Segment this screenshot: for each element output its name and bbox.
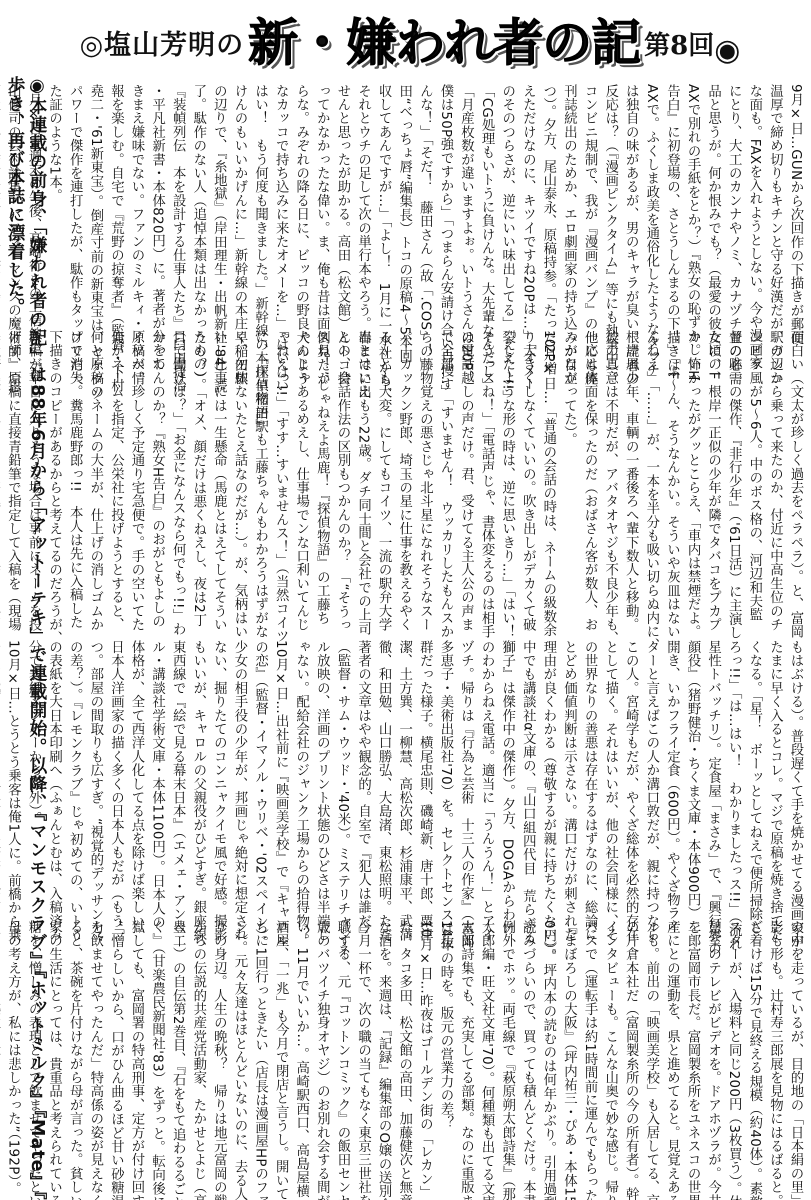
text-column: 潮社'85）。菅原文太、川本三郎、寺山の巻末対談が — [0, 84, 2, 316]
text-column: の差？）。『レモンクラブ』じゃ初めての、いトう — [64, 640, 85, 918]
text-column: きまえ嫌味でない。ファンのミルキィ・イソベ情 — [125, 84, 146, 316]
text-column: ル放映の、洋画のプリント状態のひどさは半端じ — [311, 640, 332, 918]
text-column: けで消失。糞馬鹿野郎っ!! 本人は先に入稿した — [64, 330, 85, 612]
text-tier-3: もはぶける）。普段遅くて手を焼かせてる漫画家が、たまに早く入るとコレ。マジで原稿… — [45, 640, 805, 918]
text-column: ゃない。配給会社のジャンク工場からの拾得物？ — [290, 640, 311, 918]
text-column: た証のような1本。 — [43, 84, 64, 316]
text-column: パワーで傑作を連打したが、駄作もタップリだっ — [64, 84, 85, 316]
text-column: 憩室のテレビがビデオを。ドアホヅラが。今井清 — [702, 920, 723, 1195]
text-column: インタビューも。こんな山奥で妙な感じ。帰りの — [599, 920, 620, 1195]
text-column: AXで。ふくしま政美を通俗化したようなタッチ — [640, 84, 661, 316]
text-column: 分で表紙メンバーから除外）。 — [22, 640, 43, 918]
text-column: ルも。前出の「映画美学校」も入居してる、京橋 — [640, 920, 661, 1195]
text-column: もいいが、キャロルの父親役がひどすぎ。銀座線、 — [187, 640, 208, 918]
text-column: 駅の辺から乗って来たのか、付近に中高生位のチ — [764, 330, 785, 612]
text-column: AXで別れの手紙をとか？）『熟女の恥ずかしいH — [681, 84, 702, 316]
text-column: んねえ」「……」が、一本を半分も吸い切らぬ内に、 — [640, 330, 661, 612]
text-column: 職する、元『コットンコミック』の飯田センセ（43 — [331, 920, 352, 1195]
title-prefix: ◎塩山芳明の — [80, 23, 245, 62]
text-column: た頃の、根岸一正似の少年が隣でタバコをプカプ — [702, 330, 723, 612]
episode-number: 第8回 — [644, 25, 714, 62]
text-column: た、タコ多田、松文館の高田、加藤健次と無意味 — [393, 920, 414, 1195]
text-column: 目で働けば？」「お金になんスなら何でもっ!!」わ — [167, 330, 188, 612]
text-column: 出とはいえもう22歳。ダチ同士間と会社での上司 — [352, 330, 373, 612]
text-column: パーカックン野郎、埼玉の星に仕事を教えるやく — [393, 330, 414, 612]
text-column: なカッコで持ち込みに来たオメーを…」「はいはい — [270, 84, 291, 316]
text-column: 彼の真意は不明だが、アバタオヤジも不良少年も、 — [599, 330, 620, 612]
text-column: 酒屋、「一兆」も今月で閉店と言うし。開いてるう — [270, 920, 291, 1195]
text-column: 9月×日…週末の午後、高崎行きの上信線で『寺 — [22, 84, 43, 316]
text-column: の中を走っているが、目的地の「日本絹の里」は — [784, 920, 805, 1195]
text-column: ターと言えばこの人か溝口敦だが、親に持つなら — [640, 640, 661, 918]
text-column: ！」「ふ〜ん、そうなんかい。そういや灰皿はない — [661, 330, 682, 612]
text-column: 0円）。坪内本の読むのは何年かぶり。引用過剰で — [537, 920, 558, 1195]
text-column: らな。みぞれの降る日に、ビッコの野良犬のよう — [290, 84, 311, 316]
text-column: そうっスね！」「電話声じゃ、書体変えるのは相手 — [476, 330, 497, 612]
text-column: からの伝説的共産党活動家、たかせとよじ（高瀬 — [187, 920, 208, 1195]
text-column: ゃねえっ!!」「すす…すいませんス！」（当然コイツ — [270, 330, 291, 612]
text-tier-4: の中を走っているが、目的地の「日本絹の里」は影も形も。辻村寿三郎展を見物にはるば… — [45, 920, 805, 1195]
text-column: の人がしてくれるので、編集はネーム貼りの手間 — [0, 330, 2, 612]
text-column: いし仕事には一生懸命（馬鹿とはえてしてそうい — [208, 330, 229, 612]
text-column: 獅子』は傑作中の傑作）。夕方、DOGAからわけ — [496, 640, 517, 918]
text-column: 了。駄作のない人（追悼本類は出なかったの？） — [187, 84, 208, 316]
text-column: 例外でホッ。両毛線で『萩原朔太郎詩集』（那珂 — [496, 920, 517, 1195]
text-column: っかながってた）。 — [558, 330, 579, 612]
text-column: ら！」物覚えの悪さじゃ北斗星になれそうなスー — [414, 330, 435, 612]
text-column: けんのもいいかげんに…」新幹線の本庄早稲田駅 — [228, 84, 249, 316]
text-column: 督の唯一の傑作、『非行少年』（'61日活）に主演し — [723, 330, 744, 612]
text-column: 豊二）の自伝第2巻目、『石をもて追わるるごと — [167, 920, 188, 1195]
text-column: 潔、土方巽、一柳慧、高松次郎、杉浦康平、武満 — [393, 640, 414, 918]
text-column: 産にとの運動を、県と進めてると。見覚えあるビ — [661, 920, 682, 1195]
text-column: 裂したような形の時は、逆に思いきり…」「はい！ — [496, 330, 517, 612]
text-column: ると、茶碗を片付けながら母が言った。貧しい農 — [64, 920, 85, 1195]
text-column: のわからねえ電話。適当に「うんうん！」とアイ — [476, 640, 497, 918]
text-column: 理由が良くわかる（尊敬するが親に持ちたくない）。 — [537, 640, 558, 918]
text-column: 少女の相手役の少年が、邦画じゃ絶対に想定され — [228, 640, 249, 918]
text-column: 原稿が、珍しく予定通り宅急便で。手の空いてた — [125, 330, 146, 612]
text-column: は独自の味があるが、男のキャラが臭い。読者の — [620, 84, 641, 316]
text-column: 「月産枚数が違いますよぉ。いトうさんは20P、 — [455, 84, 476, 316]
text-tier-2: 面白い（文太が珍しく過去をペラペラ）。と、富岡駅の辺から乗って来たのか、付近に中… — [45, 330, 805, 612]
text-column: りの身辺。人生の晩秋？ 帰りは地元富岡の戦前 — [208, 920, 229, 1195]
text-column: 読みづらいので、買っても積んどくだけ。本書は — [517, 920, 538, 1195]
text-column: の世界なりの善悪は存在するはずなのに、総論に — [578, 640, 599, 918]
text-column: えただけなのに、キツイですね20Pは…」「オメー — [517, 84, 538, 316]
text-column: 多恵子・美術出版社'70）を。セレクトセンスは抜 — [434, 640, 455, 918]
text-column: 母の考え方が、私には悲しかった”（192P）。 — [2, 920, 23, 1195]
text-column: スターが、入場料と同じ200円（3枚買う）。休 — [723, 920, 744, 1195]
text-column: の表紙を大日本印刷へ（ふぁんとむは、入稿済み — [43, 640, 64, 918]
text-column: 収してあんですが…」「よし！ 1月に一水社から、 — [373, 84, 394, 316]
text-column: せんと思ったが助かる。高田（松文館）んトコ持 — [331, 84, 352, 316]
text-column: 14年の時を。版元の営業力の差？ — [434, 920, 455, 1195]
text-column: それとウチの足して次の単行本やろう。春までに出 — [352, 84, 373, 316]
text-column: とどめ価値判断は示さない。溝口だけが刺された — [558, 640, 579, 918]
text-column: カ。怖かったがグッとこらえ、「車内は禁煙だよ。 — [681, 330, 702, 612]
text-column: バスで（運転手は約1時間前に運んでもらった人）、 — [578, 920, 599, 1195]
text-column: 体格が、全て西洋人化してる点を除けば楽しい。 — [125, 640, 146, 918]
text-column: 太郎編・旺文社文庫'70）。何種類も出てる文庫の朔 — [476, 920, 497, 1195]
text-column: 星性トバッチリ）。定食屋「まさみ」で、『興行界の — [702, 640, 723, 918]
text-column: った関越バスはもう30分近く、住宅が点在する畑 — [0, 640, 2, 918]
text-column: 何と原稿のネームの大半が、仕上げの消しゴムか — [84, 330, 105, 612]
text-column: 顔役』（猪野健治・ちくま文庫・本体900円）を — [681, 640, 702, 918]
text-column: い。11月でいいか…。高崎駅西口、高島屋横の居 — [290, 920, 311, 1195]
text-column: 中でも講談社α文庫の、『山口組四代目 荒らぶる — [517, 640, 538, 918]
text-column: んな！」「そだ！ 藤田さん（故「.COS」の藤 — [414, 84, 435, 316]
text-column: 根岸風少年、車輌の一番後ろへ輩下数人と移動。 — [620, 330, 641, 612]
text-column: 太郎詩集でも、充実してる部類。なのに重版まで — [455, 920, 476, 1195]
text-column: ヅチ。帰りは『行為と芸術 十三人の作家』（富岡 — [455, 640, 476, 918]
text-column: たまに早く入るとコレ。マジで原稿を焼き捨てた — [764, 640, 785, 918]
text-column: 『まぼろしの大阪』（坪内祐三・ぴあ・本体150 — [558, 920, 579, 1195]
text-column: ル・講談社学術文庫・本体1100円）。日本人の — [146, 640, 167, 918]
text-column: 二郎富岡市長だ。富岡製糸所をユネスコの世界遺 — [681, 920, 702, 1195]
text-column: 今月一杯で、次の職の当てもなく東京三世社を退 — [352, 920, 373, 1195]
text-column: との、会話作法の区別もつかんのか？ 「“そうっ — [331, 330, 352, 612]
series-title: 新・嫌われ者の記 — [248, 18, 640, 68]
text-column: 報を楽しむ。自宅で『荒野の掠奪者』（監督・下村 — [105, 84, 126, 316]
text-column: のそのつらさが、逆にいい味出してる」「ええ〜!!」 — [496, 84, 517, 316]
text-column: る〜とも大変。にしてもコイツ、一流の駅弁大学 — [373, 330, 394, 612]
text-column: 面白い（文太が珍しく過去をペラペラ）。と、富岡 — [784, 330, 805, 612]
text-column: 堯二・'61新東宝）。倒産寸前の新東宝は、ヤケクソ — [84, 84, 105, 316]
text-column: コンビニ規制で、我が『漫画バンプ』の他にも廃 — [578, 84, 599, 316]
text-column: つ。部屋の間取りも広すぎ。“視覚的デッサン力” — [84, 640, 105, 918]
text-column: 10月×日…出社前に『映画美学校』で『キャロル — [270, 640, 291, 918]
text-column: 徹、和田勉、山口勝弘、大島渚、東松照明。ただ — [373, 640, 394, 918]
text-column: 群だった様子。横尾忠則、磯崎新、唐十郎、粟津 — [414, 640, 435, 918]
text-column: 告白』に初登場の、さとうしんまるの下描きはF — [661, 84, 682, 316]
text-column: に、『探偵物語』も工藤ちゃんもわかろうはずがな — [249, 330, 270, 612]
text-column: 山修司の芸術論集 パフォーマンスの魔術師』（思 — [2, 84, 23, 316]
text-column: 10月×日…「普通の会話の時は、ネームの級数余 — [537, 330, 558, 612]
text-column: 俺がネームを指定、公栄社に投げようとすると、 — [105, 330, 126, 612]
text-column: 10月×日…とうとう乗客は俺1人に。前橋から乗 — [2, 640, 23, 918]
text-column: 歳のバツイチ独身オヤジ）のお別れ会する間がな — [311, 920, 332, 1195]
text-column: く、勿体ないたとえ話なのだが…）。が、気柄はい — [228, 330, 249, 612]
text-column: もはぶける）。普段遅くて手を焼かせてる漫画家が、 — [784, 640, 805, 918]
text-column: くなる。「星！ ボーッとしてねえで便所掃除し — [743, 640, 764, 918]
text-column: 僕は50P強ですから」「つまらん安請け合い自慢す — [434, 84, 455, 316]
text-column: 日本人洋画家の描く多くの日本人もだが（もう一 — [105, 640, 126, 918]
text-column: の辺りで、『糸地獄』（岸田理生・出帆新社'84）読 — [208, 84, 229, 316]
text-column: 品と思うが。何か恨みでも？（最愛の彼女に、F — [702, 84, 723, 316]
text-column: 下描きのコピーがあるからと考えてるのだろうが、 — [43, 330, 64, 612]
text-column: 糖を、憎しみの表現として飲ませてやったという — [22, 920, 43, 1195]
text-column: つ）。夕方、尾山泰永、原稿持参。「たった2P増 — [537, 84, 558, 316]
text-column: ちに1回行っときたい（店長は漫画屋HPのファ — [249, 920, 270, 1195]
text-column: かってんのか？『熟女H告白』のおがともよしの — [146, 330, 167, 612]
text-column: げず、原稿に直接青鉛筆で指定して入稿を（現場 — [2, 330, 23, 612]
text-column: ない、掘りたてのコンニャクイモ風で好感。撮影 — [208, 640, 229, 918]
text-column: 開き、いかフライ定食（600円）。やくざ物ライ — [661, 640, 682, 918]
text-column: （監督・サム・ウッド・'40米）。ミステリチャンネ — [331, 640, 352, 918]
text-column: 家の生活にとっては、貴重品と考えられている砂 — [43, 920, 64, 1195]
text-column: を飲ませてやったんだ」特高係の姿が見えなくな — [84, 920, 105, 1195]
text-column: な酒を。来週は、『記録』編集部のO嬢の送別会。 — [373, 920, 394, 1195]
text-column: にとり、大工のカンナやノミ、カナヅチ並の必需 — [723, 84, 744, 316]
text-column: 10月×日…昨夜はゴールデン街の「レカン」でま — [414, 920, 435, 1195]
bullet-circle-icon: ◉ — [714, 33, 740, 68]
text-column: 刊誌続出のためか、エロ劇画家の持ち込みが目立 — [558, 84, 579, 316]
text-column: ゃんじゃあるめえし、仕事場でンな口利いてんじ — [290, 330, 311, 612]
text-column: 田“べっちょ唇”編集長）トコの原稿4〜5本回 — [393, 84, 414, 316]
text-column: の片倉本社だ（富岡製糸所の今の所有者）。幹部の — [620, 920, 641, 1195]
text-column: スね！”じゃねえよ馬鹿！『探偵物語』の工藤ち — [311, 330, 332, 612]
text-column: この人。宮崎学もだが、やくざ総体を必然的存在 — [620, 640, 641, 918]
text-column: ンピラ風が5〜6人。中のボス格の、河辺和夫監 — [743, 330, 764, 612]
text-column: 獄しても、富岡署の特高刑事、定方が付け回す。 — [125, 920, 146, 1195]
text-column: ってかなかったな偉い。ま、俺も昔は面倒見たか — [311, 84, 332, 316]
article-title: ◎塩山芳明の 新・嫌われ者の記 第8回 ◉ — [40, 10, 780, 68]
text-column: り大きくしなくていいの。吹き出しがデカくて破 — [517, 330, 538, 612]
text-column: で全部…」「すいません！ ウッカリしたもんスか — [434, 330, 455, 612]
text-column: ン）。元々友達はほとんどいないのに、去る人ばか — [228, 920, 249, 1195]
text-column: “「憎らしいから、口がひん曲るほど甘い砂糖湯 — [105, 920, 126, 1195]
text-column: な面も。FAXを入れようとしない。今や漫画家 — [743, 84, 764, 316]
text-column: 温厚で締め切りもキチンと守る好漢だが、ガンコ — [764, 84, 785, 316]
text-column: 著者の文章はやや観念的。自室で『犯人は誰だ』 — [352, 640, 373, 918]
text-column: 影も形も。辻村寿三郎展を見物にはるばると。い — [764, 920, 785, 1195]
text-column: ・平凡社新書・本体820円）に。著者が分をわ — [146, 84, 167, 316]
text-column: の電話越しの声だけ。君、受けてる主人公の声ま — [455, 330, 476, 612]
text-column: 「CG処理もいトうに負けんな。大先輩なんだし」 — [476, 84, 497, 316]
text-column: 一応は体面を保ったのだ（おばさん客が数人、お — [578, 330, 599, 612]
text-column: うもの）。「オメ、顔だけは悪くねえし、夜は2丁 — [187, 330, 208, 612]
text-column: として描く。それはいいが、他の社会同様に、そ — [599, 640, 620, 918]
text-column: ろっ!!」「は…はい！ わかりましたっス!!」（流れ — [723, 640, 744, 918]
text-column: 東西線で『絵で見る幕末日本』（エメェ・アンベー — [167, 640, 188, 918]
text-column: 『装幀列伝 本を設計する仕事人たち』（臼田捷治 — [167, 84, 188, 316]
text-column: 9月×日…GUNから次回作の下描きが郵便 — [784, 84, 805, 316]
text-column: の恋』（監督・イマノル・ウリベ・'02スペイン）。 — [249, 640, 270, 918]
text-column: ざ着けば15分で見終える規模（約40体）。素敵なポ — [743, 920, 764, 1195]
text-column: はい！ もう何度も聞きました。」新幹線の本庄早稲田駅 — [249, 84, 270, 316]
text-column: 反応は？（『漫画ピンクタイム』等にも執筆中）。 — [599, 84, 620, 316]
text-column: 原稿が早目に入りそうな場合は事前にネームを投 — [22, 330, 43, 612]
text-column: く』（甘楽農民新聞社'83）をずっと。転向後に出 — [146, 920, 167, 1195]
text-tier-1: 9月×日…GUNから次回作の下描きが郵便温厚で締め切りもキチンと守る好漢だが、ガ… — [45, 84, 805, 316]
